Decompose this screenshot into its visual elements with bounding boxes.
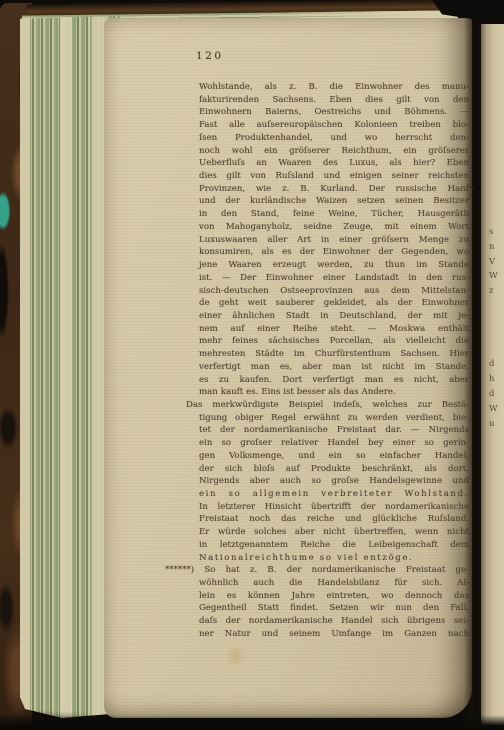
text-line: Gegentheil Statt findet. Setzen wir nun … [199,602,469,615]
facing-text-fragment: V [489,257,495,267]
text-line: Nationalreichthume so viel entzöge. [199,552,469,565]
facing-text-fragment: s [489,227,493,237]
bottom-shadow [0,715,504,730]
text-line: mehr feines sächsisches Porcellan, als v… [199,335,469,348]
text-line: lein es können Jahre eintreten, wo denno… [199,590,469,603]
text-line: daſs der nordamerikanische Handel sich ü… [199,615,469,628]
book-photograph: 120 Wohlstande, als z. B. die Einwohner … [0,0,504,730]
text-line: In letzterer Hinsicht übertrifft der nor… [199,501,469,514]
text-line: und der kurländische Waizen setzen seine… [199,195,469,208]
text-line: jene Waaren erzeugt werden, zu thun im S… [199,259,469,272]
facing-text-fragment: n [489,242,494,252]
text-line: mehresten Städte im Churfürstenthum Sach… [199,348,469,361]
text-line: Fast alle auſsereuropäischen Kolonieen t… [199,119,469,132]
text-line: verfertigt man es, aber man ist nicht im… [199,361,469,374]
facing-text-fragment: z [489,286,493,296]
text-line: Ueberfluſs an Waaren des Luxus, als hier… [199,157,469,170]
text-line: Wohlstande, als z. B. die Einwohner des … [199,81,469,94]
text-line: es zu kaufen. Dort verfertigt man es nic… [199,374,469,387]
text-line: Freistaat noch das reiche und glückliche… [199,513,469,526]
text-line: wöhnlich auch die Handelsbilanz für sich… [199,577,469,590]
text-line: in letztgenanntem Reiche die Leibeigensc… [199,539,469,552]
text-line: nem auf einer Reihe steht. — Moskwa enth… [199,323,469,336]
facing-text-fragment: h [489,374,494,384]
text-line: noch wohl ein gröſserer Reichthum, ein g… [199,145,469,158]
facing-text-fragment: W [489,404,498,414]
text-line: konsumiren, als es der Einwohner der Geg… [199,246,469,259]
facing-text-fragment: d [489,359,494,369]
text-line: Nirgends aber auch so groſse Handelsgewi… [199,475,469,488]
text-line: Einwohnern Baierns, Oestreichs und Böhme… [199,106,469,119]
text-line: tet der nordamerikanische Freistaat dar.… [199,424,469,437]
page-number: 120 [196,50,224,62]
facing-text-fragment: d [489,389,494,399]
text-line: fakturirenden Sachsens. Eben dies gilt v… [199,94,469,107]
facing-page-sliver: snVWzdhdWu [481,24,504,730]
gutter-shadow [464,14,482,730]
text-line: Er würde solches aber nicht übertreffen,… [199,526,469,539]
book-page: 120 Wohlstande, als z. B. die Einwohner … [104,18,472,718]
text-line: Das merkwürdigste Beispiel indeſs, welch… [186,399,469,412]
text-line: ner Natur und seinem Umfange im Ganzen n… [199,628,469,641]
text-line: gen Volksmenge, und ein so einfacher Han… [199,450,469,463]
text-line: Luxuswaaren aller Art in einer gröſsern … [199,234,469,247]
text-line: ein so groſser relativer Handel bey eine… [199,437,469,450]
text-line: der sich bloſs auf Produkte beschränkt, … [199,463,469,476]
text-line: ******) So hat z. B. der nordamerikanisc… [165,564,469,577]
text-line: de geht weit sauberer gekleidet, als der… [199,297,469,310]
text-block: Wohlstande, als z. B. die Einwohner des … [199,81,469,641]
text-line: Provinzen, wie z. B. Kurland. Der russis… [199,183,469,196]
text-line: ein so allgemein verbreiteter Wohlstand. [199,488,469,501]
text-line: tigung obiger Regel erwähnt zu werden ve… [199,412,469,425]
text-line: einer ähnlichen Stadt in Deutschland, de… [199,310,469,323]
text-line: man kauft es. Eins ist besser als das An… [199,386,469,399]
text-line: ſsen Produktenhandel, und wo herrscht de… [199,132,469,145]
facing-text-fragment: W [489,271,498,281]
text-line: von Mahoganyholz, seidne Zeuge, mit eine… [199,221,469,234]
text-line: ist. — Der Einwohner einer Landstadt in … [199,272,469,285]
facing-text-fragment: u [489,419,494,429]
text-line: in den Stand, feine Weine, Tücher, Hausg… [199,208,469,221]
text-line: sisch-deutschen Ostseeprovinzen aus dem … [199,285,469,298]
text-line: dies gilt von Ruſsland und einigen seine… [199,170,469,183]
